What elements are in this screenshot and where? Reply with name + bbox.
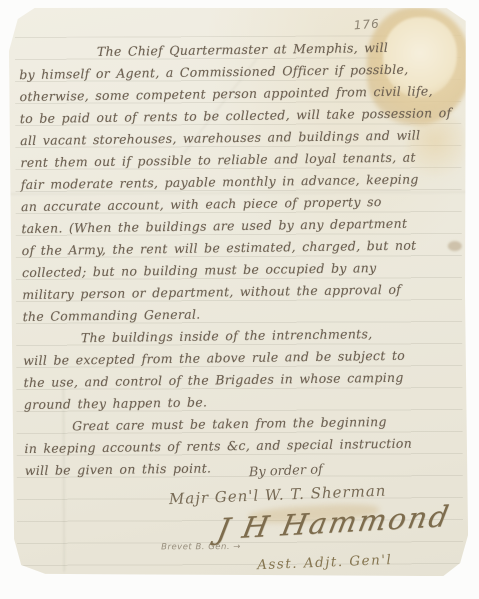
signer-title: Asst. Adjt. Gen'l [257, 552, 393, 573]
letter-paper: 176 The Chief Quartermaster at Memphis, … [9, 5, 470, 581]
by-order-line: By order of [249, 462, 324, 480]
letter-body: The Chief Quartermaster at Memphis, will… [19, 36, 467, 482]
document-photo: { "page": { "page_number": "176" }, "let… [0, 0, 479, 599]
paper-surface: 176 The Chief Quartermaster at Memphis, … [9, 5, 470, 581]
page-number: 176 [353, 16, 380, 32]
signature: J H Hammond [214, 499, 453, 546]
letter-closing: By order of Majr Gen'l W. T. Sherman Bre… [9, 5, 467, 7]
